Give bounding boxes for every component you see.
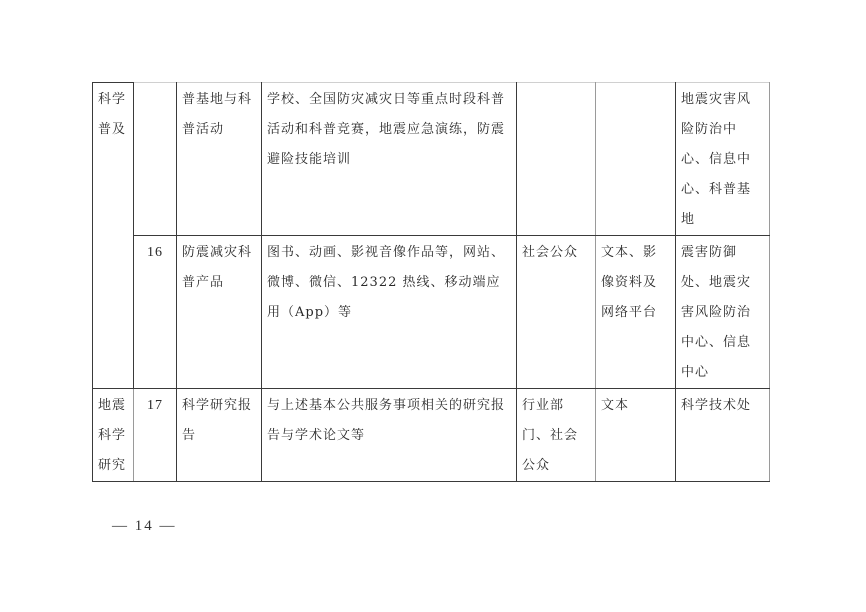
number-cell: 17: [134, 389, 177, 482]
number-cell: 16: [134, 236, 177, 389]
audience-cell: 行业部门、社会公众: [517, 389, 596, 482]
category-cell: 科学普及: [93, 83, 134, 389]
content-cell: 与上述基本公共服务事项相关的研究报告与学术论文等: [262, 389, 517, 482]
item-cell: 普基地与科普活动: [177, 83, 262, 236]
number-cell: [134, 83, 177, 236]
table-row: 地震科学研究 17 科学研究报告 与上述基本公共服务事项相关的研究报告与学术论文…: [93, 389, 770, 482]
category-cell: 地震科学研究: [93, 389, 134, 482]
format-cell: 文本、影像资料及网络平台: [596, 236, 676, 389]
table-row: 科学普及 普基地与科普活动 学校、全国防灾减灾日等重点时段科普活动和科普竞赛，地…: [93, 83, 770, 236]
table-row: 16 防震减灾科普产品 图书、动画、影视音像作品等，网站、微博、微信、12322…: [93, 236, 770, 389]
format-cell: 文本: [596, 389, 676, 482]
department-cell: 地震灾害风险防治中心、信息中心、科普基地: [676, 83, 770, 236]
content-cell: 图书、动画、影视音像作品等，网站、微博、微信、12322 热线、移动端应用（Ap…: [262, 236, 517, 389]
item-cell: 科学研究报告: [177, 389, 262, 482]
item-cell: 防震减灾科普产品: [177, 236, 262, 389]
department-cell: 科学技术处: [676, 389, 770, 482]
document-page: 科学普及 普基地与科普活动 学校、全国防灾减灾日等重点时段科普活动和科普竞赛，地…: [0, 0, 866, 612]
page-number: — 14 —: [112, 518, 177, 535]
department-cell: 震害防御处、地震灾害风险防治中心、信息中心: [676, 236, 770, 389]
audience-cell: 社会公众: [517, 236, 596, 389]
audience-cell: [517, 83, 596, 236]
public-service-table: 科学普及 普基地与科普活动 学校、全国防灾减灾日等重点时段科普活动和科普竞赛，地…: [92, 82, 770, 482]
content-cell: 学校、全国防灾减灾日等重点时段科普活动和科普竞赛，地震应急演练，防震避险技能培训: [262, 83, 517, 236]
format-cell: [596, 83, 676, 236]
